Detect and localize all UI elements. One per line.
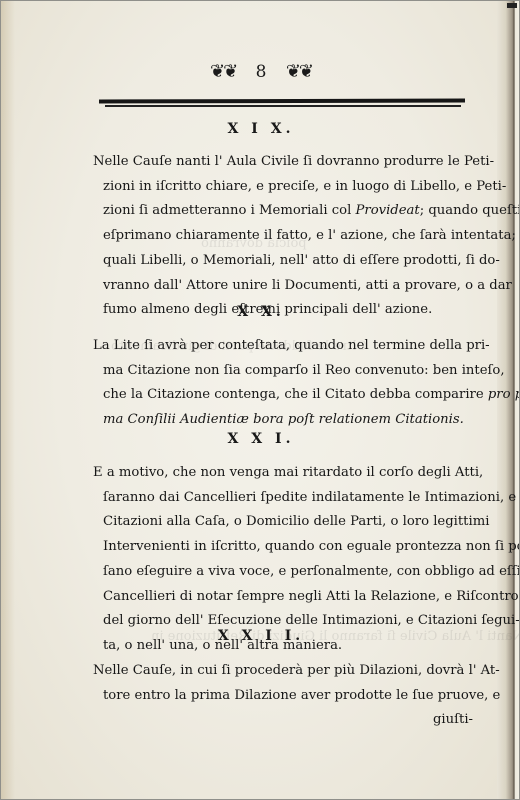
- section-body-xxii: Nelle Cauſe, in cui ſi procederà per più…: [93, 659, 473, 733]
- header-rule-thin: [105, 105, 461, 107]
- text-line: tore entro la prima Dilazione aver prodo…: [93, 684, 473, 709]
- section-heading-xxii: X X I I.: [1, 628, 519, 644]
- text-line: che la Citazione contenga, che il Citato…: [93, 383, 473, 408]
- text-line: ma Citazione non ſia comparſo il Reo con…: [93, 359, 473, 384]
- text-line: Nelle Cauſe, in cui ſi procederà per più…: [93, 659, 473, 684]
- text-line: quali Libelli, o Memoriali, nell' atto d…: [93, 249, 473, 274]
- fleuron-ornament-icon: ❦❦: [286, 61, 312, 82]
- text-line: vranno dall' Attore unire li Documenti, …: [93, 274, 473, 299]
- text-line: eſprimano chiaramente il fatto, e l' azi…: [93, 224, 473, 249]
- text-line: ma Conſilii Audientiæ bora poſt relation…: [93, 408, 473, 433]
- text-line: La Lite ſi avrà per conteſtata, quando n…: [93, 334, 473, 359]
- text-line: ſano eſeguire a viva voce, e perſonalmen…: [93, 560, 473, 585]
- text-line: Intervenienti in iſcritto, quando con eg…: [93, 535, 473, 560]
- page-number: 8: [256, 62, 267, 82]
- italic-term: Provideat: [356, 203, 420, 218]
- section-body-xix: Nelle Cauſe nanti l' Aula Civile ſi dovr…: [93, 150, 473, 323]
- fleuron-ornament-icon: ❦❦: [210, 61, 236, 82]
- text-line: zioni ſi admetteranno i Memoriali col Pr…: [93, 199, 473, 224]
- book-page: poicia dovranno Oltre le ſuddette parti …: [1, 1, 519, 799]
- running-header: ❦❦ 8 ❦❦: [1, 61, 519, 82]
- gutter-mark: [507, 3, 517, 8]
- text-line: Citazioni alla Caſa, o Domicilio delle P…: [93, 510, 473, 535]
- section-heading-xix: X I X.: [1, 121, 519, 137]
- section-heading-xx: X X.: [1, 304, 519, 320]
- text-line: ſaranno dai Cancellieri ſpedite indilata…: [93, 486, 473, 511]
- italic-term: pro pri-: [488, 387, 519, 402]
- section-heading-xxi: X X I.: [1, 431, 519, 447]
- header-rule-thick: [99, 99, 465, 104]
- text-line: zioni in iſcritto chiare, e preciſe, e i…: [93, 175, 473, 200]
- section-body-xx: La Lite ſi avrà per conteſtata, quando n…: [93, 334, 473, 433]
- catchword: giuſti-: [93, 708, 473, 733]
- text-line: Nelle Cauſe nanti l' Aula Civile ſi dovr…: [93, 150, 473, 175]
- text-line: Cancellieri di notar ſempre negli Atti l…: [93, 585, 473, 610]
- text-line: E a motivo, che non venga mai ritardato …: [93, 461, 473, 486]
